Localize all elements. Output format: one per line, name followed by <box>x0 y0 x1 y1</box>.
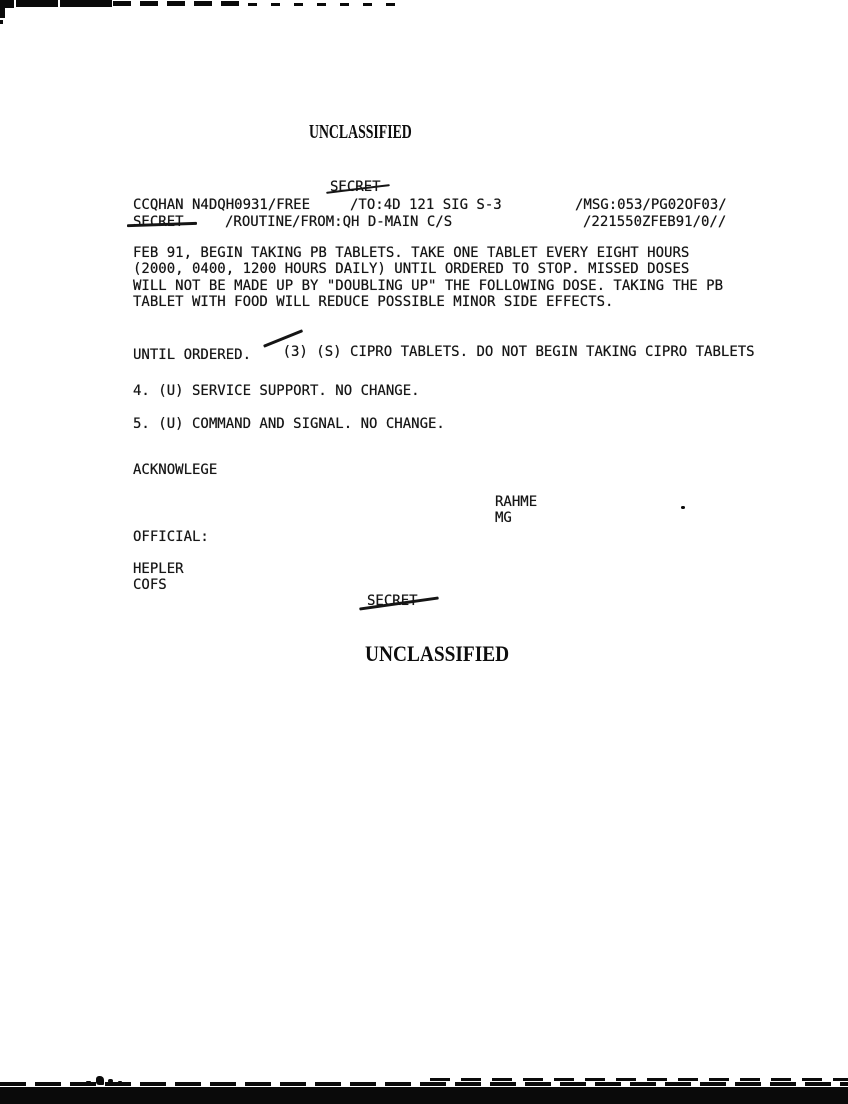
official-name: HEPLER <box>133 561 184 578</box>
official-label: OFFICIAL: <box>133 529 209 546</box>
acknowledge-line: ACKNOWLEGE <box>133 462 217 479</box>
pb-line-1: FEB 91, BEGIN TAKING PB TABLETS. TAKE ON… <box>133 245 689 262</box>
cipro-text: CIPRO TABLETS. DO NOT BEGIN TAKING CIPRO… <box>342 344 755 360</box>
pb-line-4: TABLET WITH FOOD WILL REDUCE POSSIBLE MI… <box>133 294 613 311</box>
classification-banner-bottom: UNCLASSIFIED <box>365 641 509 667</box>
scanned-message-page: UNCLASSIFIED SECRET CCQHAN N4DQH0931/FRE… <box>0 0 848 1104</box>
header-dtg: /221550ZFEB91/0// <box>583 214 726 231</box>
stray-dot-artifact <box>681 506 685 509</box>
paragraph-4: 4. (U) SERVICE SUPPORT. NO CHANGE. <box>133 383 420 400</box>
paragraph-5: 5. (U) COMMAND AND SIGNAL. NO CHANGE. <box>133 416 445 433</box>
header-to: /TO:4D 121 SIG S-3 <box>350 197 502 214</box>
classification-banner-top: UNCLASSIFIED <box>309 121 412 144</box>
header-from: /FROM:QH D-MAIN C/S <box>292 214 452 231</box>
cipro-line-2: UNTIL ORDERED. <box>133 347 251 364</box>
official-title: COFS <box>133 577 167 594</box>
signature-rank: MG <box>495 510 512 527</box>
cipro-number: (3) <box>283 344 317 360</box>
pb-line-3: WILL NOT BE MADE UP BY "DOUBLING UP" THE… <box>133 278 723 295</box>
signature-name: RAHME <box>495 494 537 511</box>
pb-line-2: (2000, 0400, 1200 HOURS DAILY) UNTIL ORD… <box>133 261 689 278</box>
header-originator: CCQHAN N4DQH0931/FREE <box>133 197 310 214</box>
header-msg-ref: /MSG:053/PG02OF03/ <box>575 197 727 214</box>
header-precedence: /ROUTINE <box>225 214 292 231</box>
cipro-classification-marking: (S) <box>316 344 341 360</box>
